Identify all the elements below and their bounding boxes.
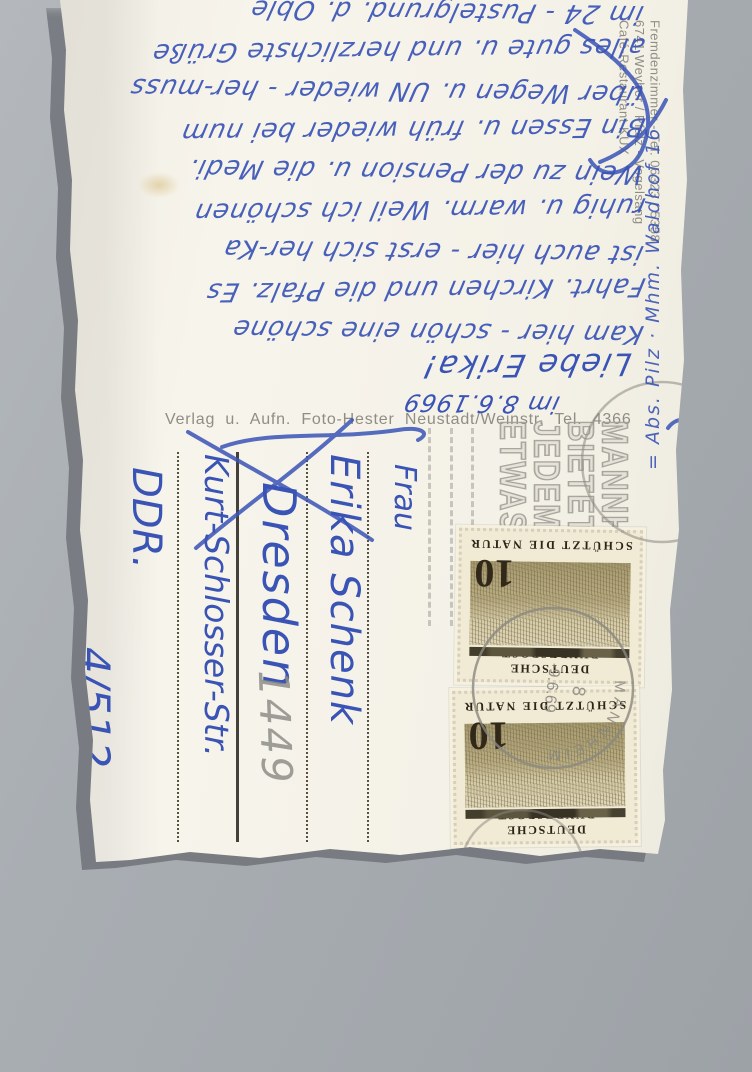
ink-flourishes — [0, 0, 752, 1072]
postcard-back: Verlag u. Aufn. Foto-Hester Neustadt/Wei… — [0, 0, 752, 1072]
